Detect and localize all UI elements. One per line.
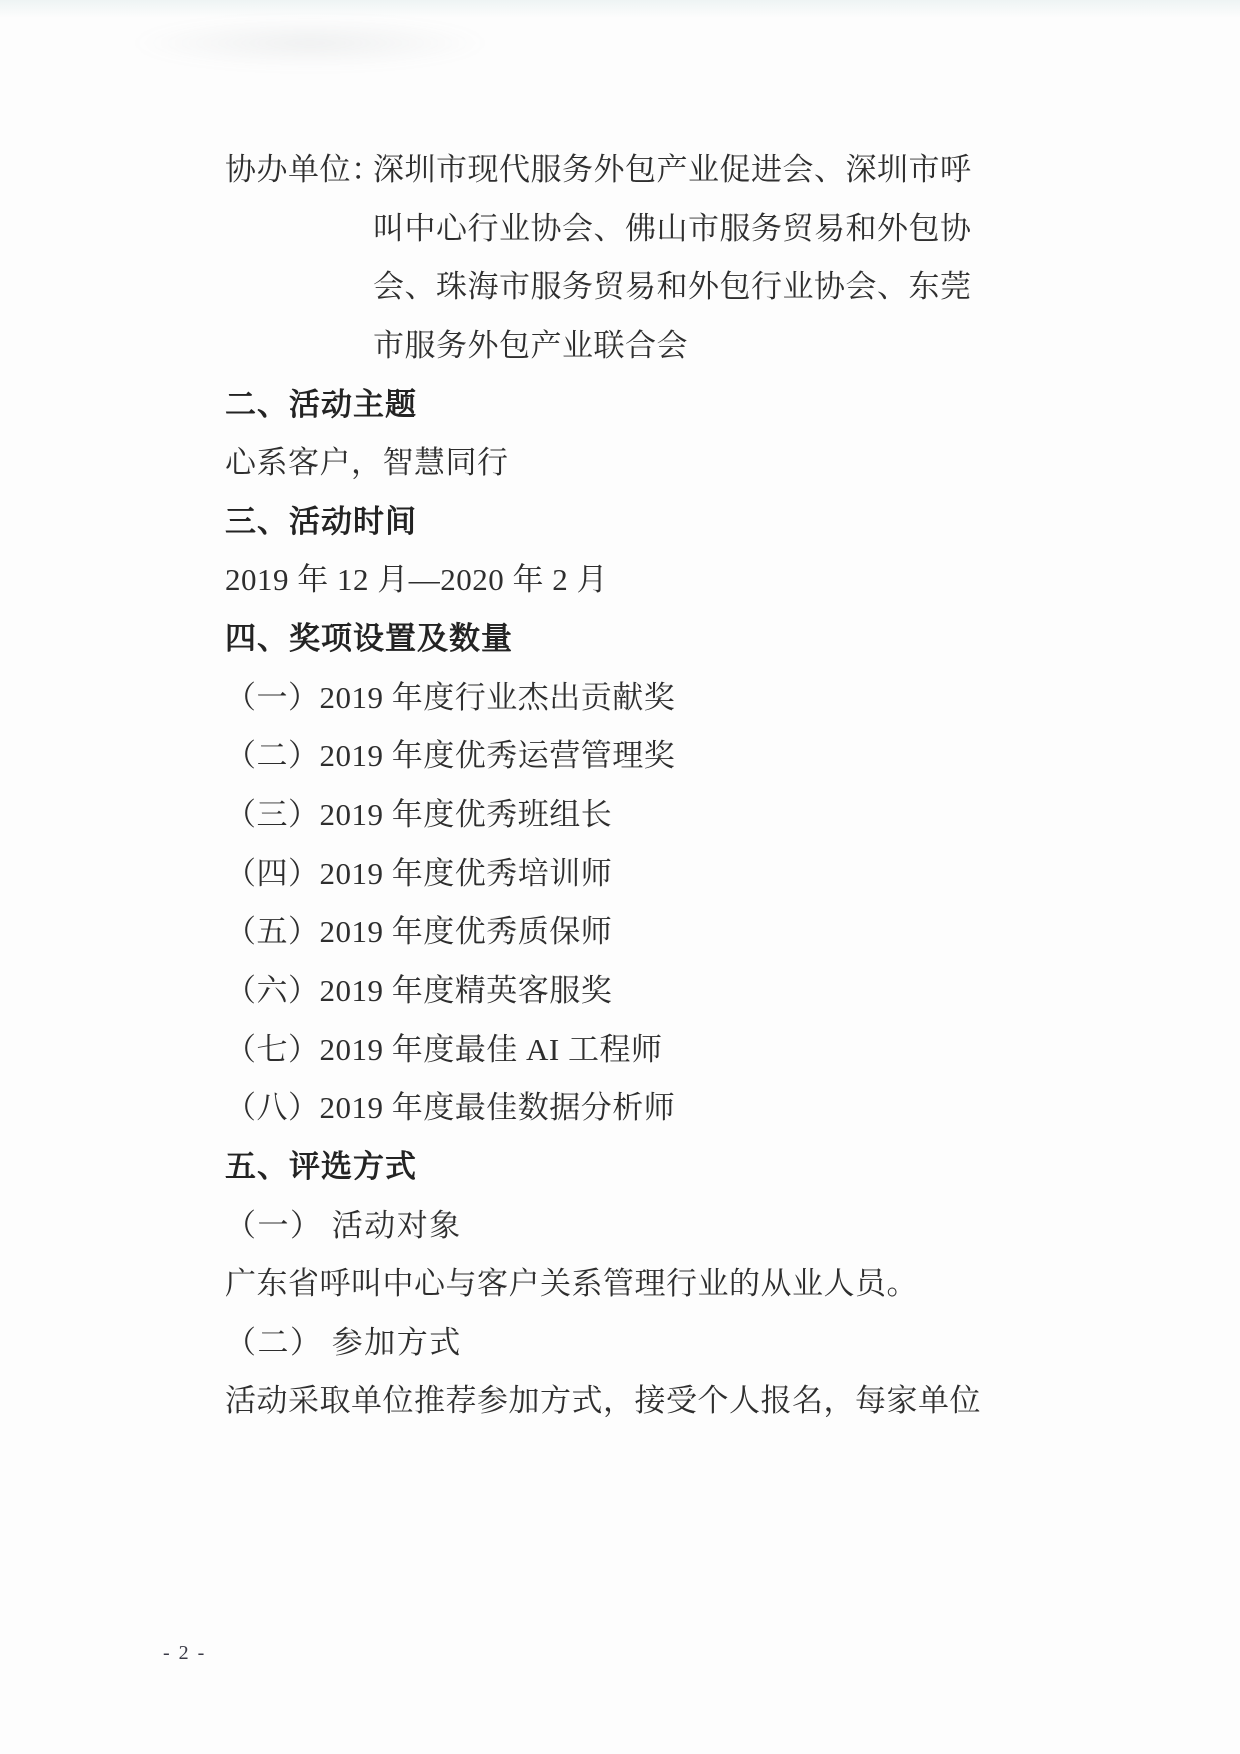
co-organizer-line: 叫中心行业协会、佛山市服务贸易和外包协 [373,209,1025,268]
scanned-document-page: 协办单位： 深圳市现代服务外包产业促进会、深圳市呼 叫中心行业协会、佛山市服务贸… [0,0,1240,1754]
award-item: （七）2019 年度最佳 AI 工程师 [225,1030,1025,1089]
section-heading-activity-time: 三、活动时间 [225,502,1025,561]
scan-artifact-smudge [130,18,490,68]
page-number: - 2 - [163,1642,206,1665]
award-item: （四）2019 年度优秀培训师 [225,854,1025,913]
activity-theme-text: 心系客户，智慧同行 [225,443,1025,502]
award-item: （三）2019 年度优秀班组长 [225,795,1025,854]
award-item: （二）2019 年度优秀运营管理奖 [225,736,1025,795]
co-organizer-block: 协办单位： 深圳市现代服务外包产业促进会、深圳市呼 叫中心行业协会、佛山市服务贸… [225,150,1025,385]
co-organizer-lines: 深圳市现代服务外包产业促进会、深圳市呼 叫中心行业协会、佛山市服务贸易和外包协 … [373,150,1025,385]
award-item: （一）2019 年度行业杰出贡献奖 [225,678,1025,737]
award-item: （五）2019 年度优秀质保师 [225,912,1025,971]
subsection-heading-participation-method: （二） 参加方式 [225,1323,1025,1382]
scan-artifact-top-band [0,0,1240,20]
co-organizer-line: 会、珠海市服务贸易和外包行业协会、东莞 [373,267,1025,326]
activity-target-text: 广东省呼叫中心与客户关系管理行业的从业人员。 [225,1264,1025,1323]
participation-method-text: 活动采取单位推荐参加方式，接受个人报名，每家单位 [225,1381,1025,1440]
co-organizer-label: 协办单位： [225,150,373,209]
document-body: 协办单位： 深圳市现代服务外包产业促进会、深圳市呼 叫中心行业协会、佛山市服务贸… [225,150,1025,1440]
award-item: （六）2019 年度精英客服奖 [225,971,1025,1030]
section-heading-selection-method: 五、评选方式 [225,1147,1025,1206]
subsection-heading-activity-target: （一） 活动对象 [225,1206,1025,1265]
activity-time-text: 2019 年 12 月—2020 年 2 月 [225,560,1025,619]
co-organizer-line: 深圳市现代服务外包产业促进会、深圳市呼 [373,150,1025,209]
award-item: （八）2019 年度最佳数据分析师 [225,1088,1025,1147]
section-heading-activity-theme: 二、活动主题 [225,385,1025,444]
co-organizer-line: 市服务外包产业联合会 [373,326,1025,385]
section-heading-awards: 四、奖项设置及数量 [225,619,1025,678]
